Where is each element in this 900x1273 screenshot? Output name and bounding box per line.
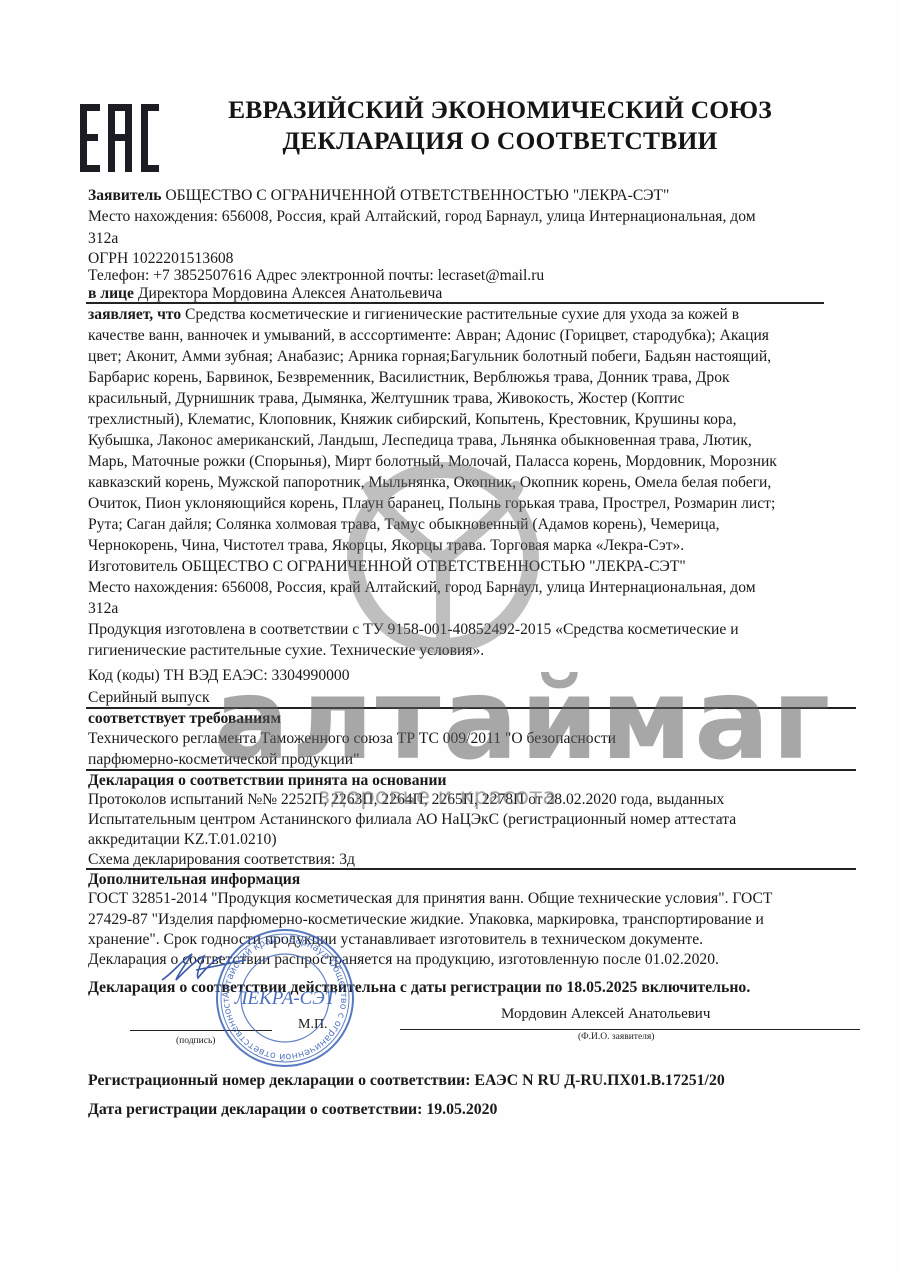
release-type: Серийный выпуск: [88, 688, 210, 708]
applicant-address-cont: 312а: [88, 229, 118, 249]
declaration-line-0: заявляет, что Средства косметические и г…: [88, 305, 739, 325]
additional-info-line-2: 27429-87 "Изделия парфюмерно-косметическ…: [88, 910, 764, 930]
applicant-line: Заявитель ОБЩЕСТВО С ОГРАНИЧЕННОЙ ОТВЕТС…: [88, 186, 669, 206]
applicant-label: Заявитель: [88, 187, 161, 204]
declaration-label: заявляет, что: [88, 306, 181, 323]
declaration-line-1: качестве ванн, ванночек и умываний, в ас…: [88, 326, 769, 346]
declaration-scheme: Схема декларирования соответствия: 3д: [88, 850, 355, 870]
signature-caption: (подпись): [176, 1036, 215, 1046]
declaration-line-2: цвет; Аконит, Амми зубная; Анабазис; Арн…: [88, 347, 771, 367]
test-center: Испытательным центром Астанинского филиа…: [88, 810, 736, 830]
manufacturer-address-cont: 312а: [88, 599, 118, 619]
applicant-name: ОБЩЕСТВО С ОГРАНИЧЕННОЙ ОТВЕТСТВЕННОСТЬЮ…: [161, 187, 669, 204]
additional-info-line-1: ГОСТ 32851-2014 "Продукция косметическая…: [88, 889, 772, 909]
declaration-line-5: трехлистный), Клематис, Клоповник, Княжи…: [88, 410, 737, 430]
signer-caption: (Ф.И.О. заявителя): [578, 1032, 654, 1042]
signer-name: Мордовин Алексей Анатольевич: [501, 1004, 710, 1024]
representative-line: в лице Директора Мордовина Алексея Анато…: [88, 284, 442, 304]
declaration-document: ЕВРАЗИЙСКИЙ ЭКОНОМИЧЕСКИЙ СОЮЗ ДЕКЛАРАЦИ…: [0, 0, 900, 1273]
divider: [86, 302, 824, 304]
accreditation: аккредитации KZ.T.01.0210): [88, 830, 277, 850]
registration-date: Дата регистрации декларации о соответств…: [88, 1100, 497, 1120]
watermark-brand: алтаймаг: [214, 664, 832, 776]
union-title: ЕВРАЗИЙСКИЙ ЭКОНОМИЧЕСКИЙ СОЮЗ: [220, 95, 780, 125]
svg-text:ЛЕКРА-СЭТ: ЛЕКРА-СЭТ: [234, 988, 337, 1009]
document-title: ДЕКЛАРАЦИЯ О СООТВЕТСТВИИ: [220, 126, 780, 156]
eac-logo-icon: [80, 104, 160, 172]
additional-info-label: Дополнительная информация: [88, 870, 300, 890]
declaration-line-4: красильный, Дурнишник трава, Дымянка, Же…: [88, 389, 684, 409]
applicant-address: Место нахождения: 656008, Россия, край А…: [88, 207, 756, 227]
company-stamp-icon: Алтайский край г.Барнаул Общество с огра…: [213, 926, 357, 1070]
declaration-line-3: Барбарис корень, Барвинок, Безвременник,…: [88, 368, 730, 388]
applicant-contacts: Телефон: +7 3852507616 Адрес электронной…: [88, 266, 544, 286]
representative-name: Директора Мордовина Алексея Анатольевича: [134, 285, 442, 302]
representative-label: в лице: [88, 285, 134, 302]
watermark-tagline: здоровье и красота: [318, 784, 557, 810]
signer-line: [400, 1029, 860, 1030]
registration-number: Регистрационный номер декларации о соотв…: [88, 1071, 725, 1091]
watermark-logo-icon: [328, 448, 558, 668]
